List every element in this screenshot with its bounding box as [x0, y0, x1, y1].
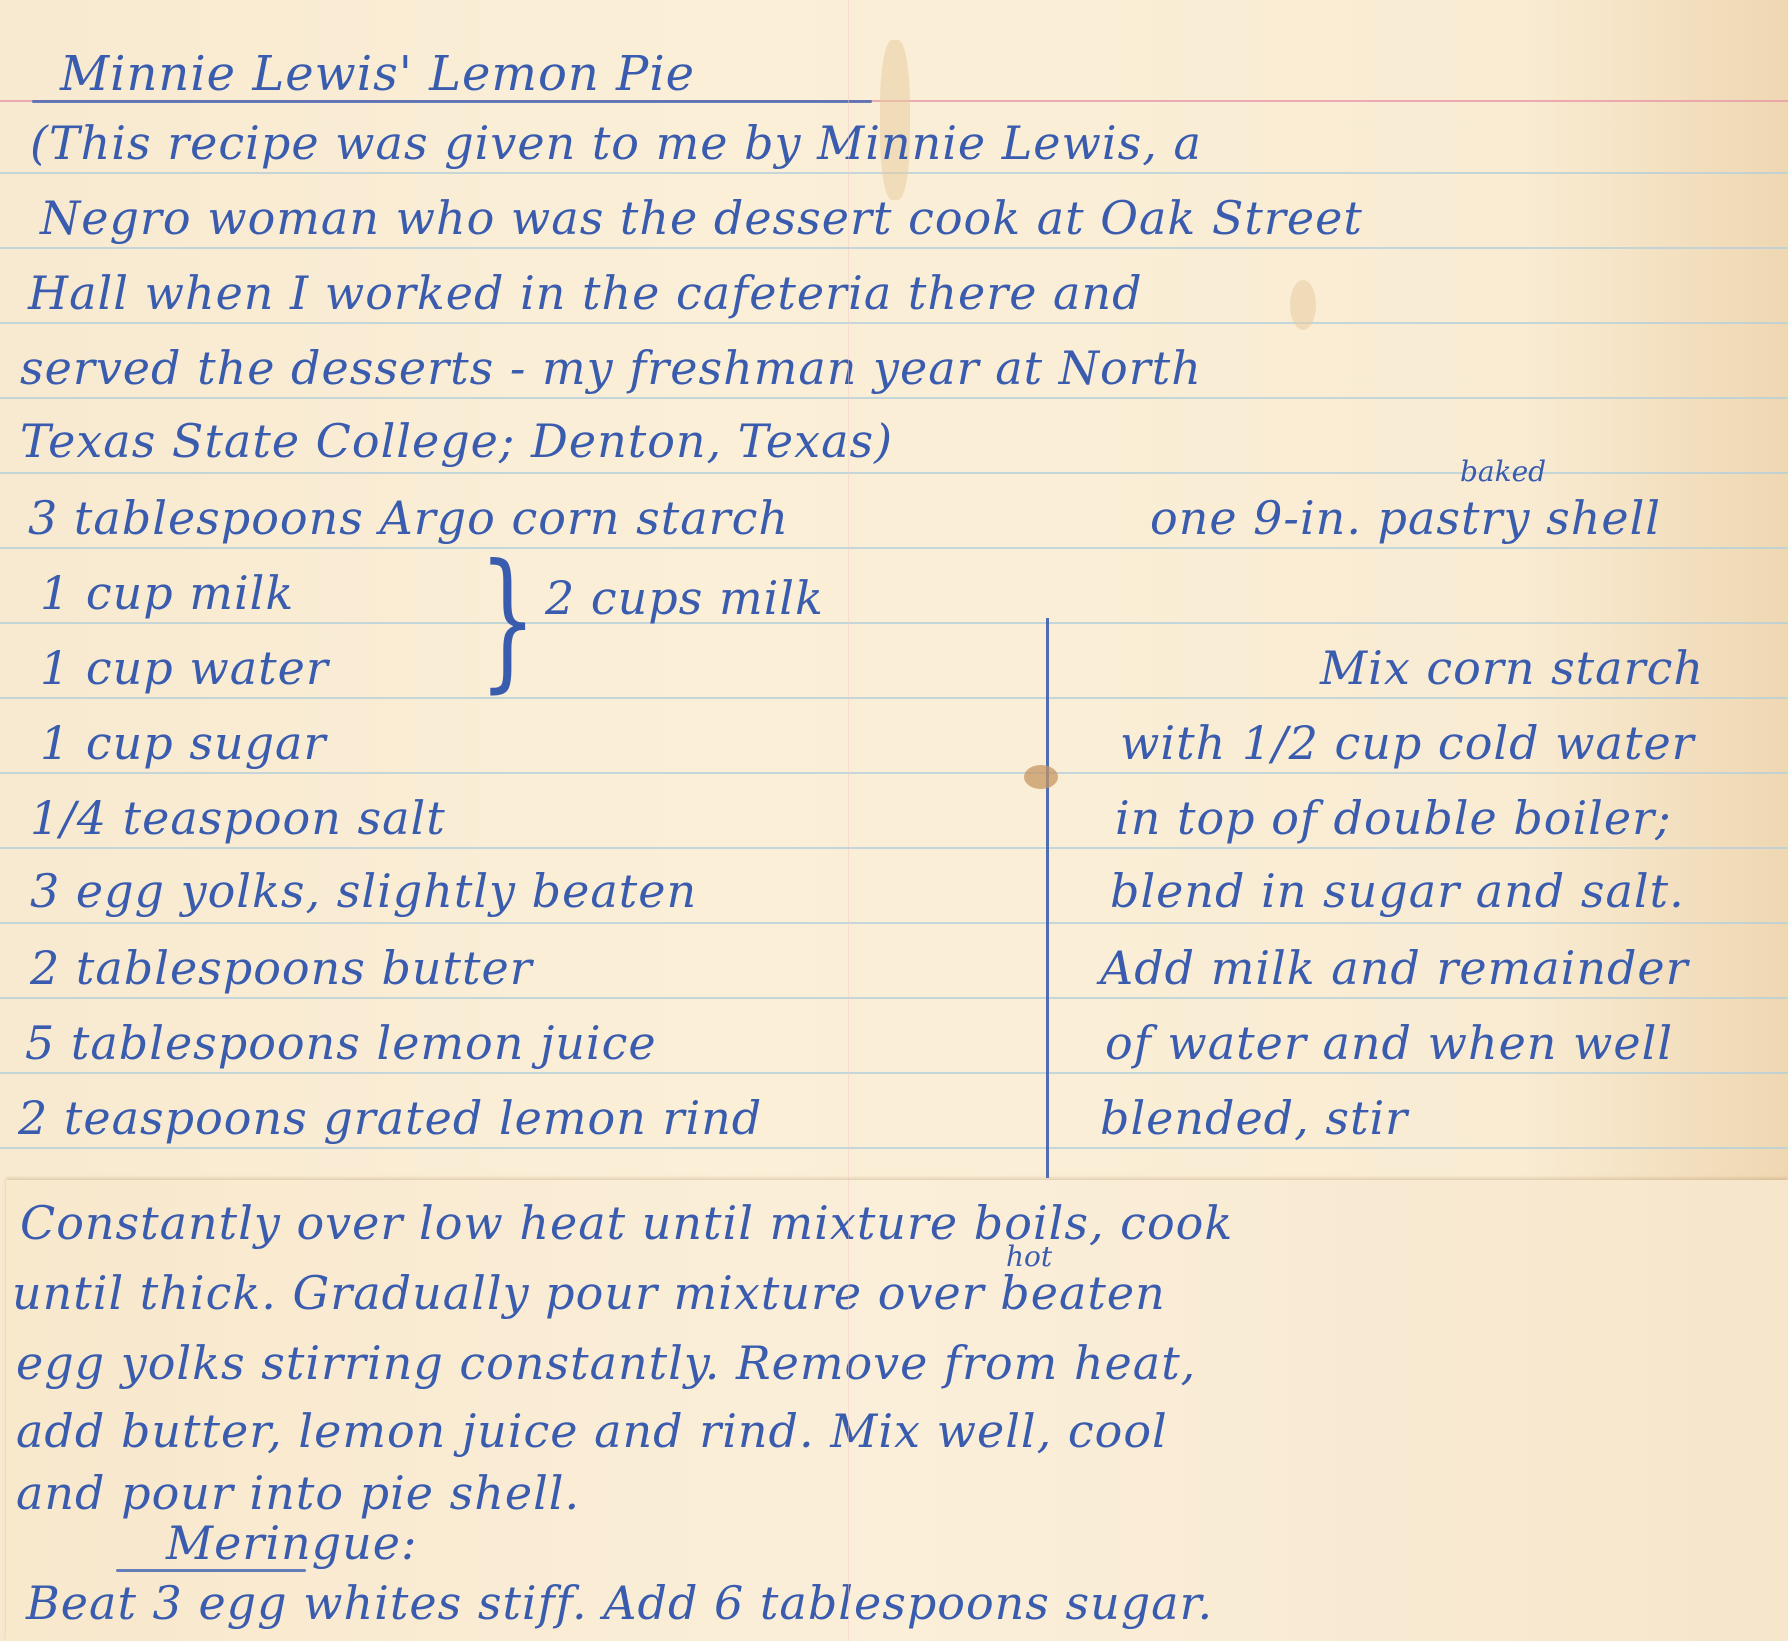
ingredient-egg-yolks: 3 egg yolks, slightly beaten — [30, 868, 697, 914]
title-underline — [32, 100, 872, 103]
meringue-heading: Meringue: — [166, 1520, 417, 1566]
ruled-line — [0, 1072, 1788, 1074]
faint-vertical-margin — [848, 0, 849, 1641]
pastry-annotation: baked — [1460, 455, 1546, 488]
ruled-line — [0, 622, 1788, 624]
direction-line-4: blend in sugar and salt. — [1110, 868, 1685, 914]
meringue-text: Beat 3 egg whites stiff. Add 6 tablespoo… — [26, 1580, 1213, 1626]
ruled-line — [0, 1147, 1788, 1149]
ruled-line — [0, 547, 1788, 549]
direction-line-5: Add milk and remainder — [1100, 945, 1689, 991]
direction-line-2: with 1/2 cup cold water — [1120, 720, 1695, 766]
ingredient-sugar: 1 cup sugar — [40, 720, 326, 766]
recipe-card-lower: Constantly over low heat until mixture b… — [6, 1180, 1788, 1641]
continued-direction-2: until thick. Gradually pour mixture over… — [12, 1270, 1166, 1316]
ruled-line — [0, 922, 1788, 924]
ruled-line — [0, 397, 1788, 399]
direction-line-1: Mix corn starch — [1320, 645, 1704, 691]
ingredient-water: 1 cup water — [40, 645, 329, 691]
ruled-line — [0, 247, 1788, 249]
continued-direction-5: and pour into pie shell. — [16, 1470, 580, 1516]
continued-direction-3: egg yolks stirring constantly. Remove fr… — [16, 1340, 1196, 1386]
intro-line-1: (This recipe was given to me by Minnie L… — [30, 120, 1202, 166]
column-divider — [1046, 618, 1049, 1178]
ingredient-butter: 2 tablespoons butter — [30, 945, 533, 991]
recipe-card-upper: Minnie Lewis' Lemon Pie (This recipe was… — [0, 0, 1788, 1182]
ruled-line — [0, 997, 1788, 999]
brace: } — [479, 545, 536, 695]
water-stain — [1290, 280, 1316, 330]
combined-milk-note: 2 cups milk — [545, 575, 824, 621]
direction-line-3: in top of double boiler; — [1115, 795, 1672, 841]
direction-line-6: of water and when well — [1105, 1020, 1673, 1066]
intro-line-3: Hall when I worked in the cafeteria ther… — [28, 270, 1143, 316]
ruled-line — [0, 772, 1788, 774]
ingredient-salt: 1/4 teaspoon salt — [30, 795, 446, 841]
ruled-line — [0, 847, 1788, 849]
intro-line-5: Texas State College; Denton, Texas) — [20, 418, 893, 464]
ingredient-cornstarch: 3 tablespoons Argo corn starch — [28, 495, 789, 541]
intro-line-2: Negro woman who was the dessert cook at … — [40, 195, 1363, 241]
pastry-shell: one 9-in. pastry shell — [1150, 495, 1661, 541]
grease-stain — [1024, 765, 1058, 789]
ingredient-lemon-rind: 2 teaspoons grated lemon rind — [18, 1095, 762, 1141]
meringue-underline — [116, 1569, 306, 1572]
ruled-line — [0, 697, 1788, 699]
direction-line-7: blended, stir — [1100, 1095, 1408, 1141]
ingredient-lemon-juice: 5 tablespoons lemon juice — [25, 1020, 657, 1066]
intro-line-4: served the desserts - my freshman year a… — [20, 345, 1202, 391]
ruled-line — [0, 322, 1788, 324]
ingredient-milk: 1 cup milk — [40, 570, 294, 616]
continued-direction-4: add butter, lemon juice and rind. Mix we… — [16, 1408, 1168, 1454]
recipe-title: Minnie Lewis' Lemon Pie — [60, 50, 695, 98]
